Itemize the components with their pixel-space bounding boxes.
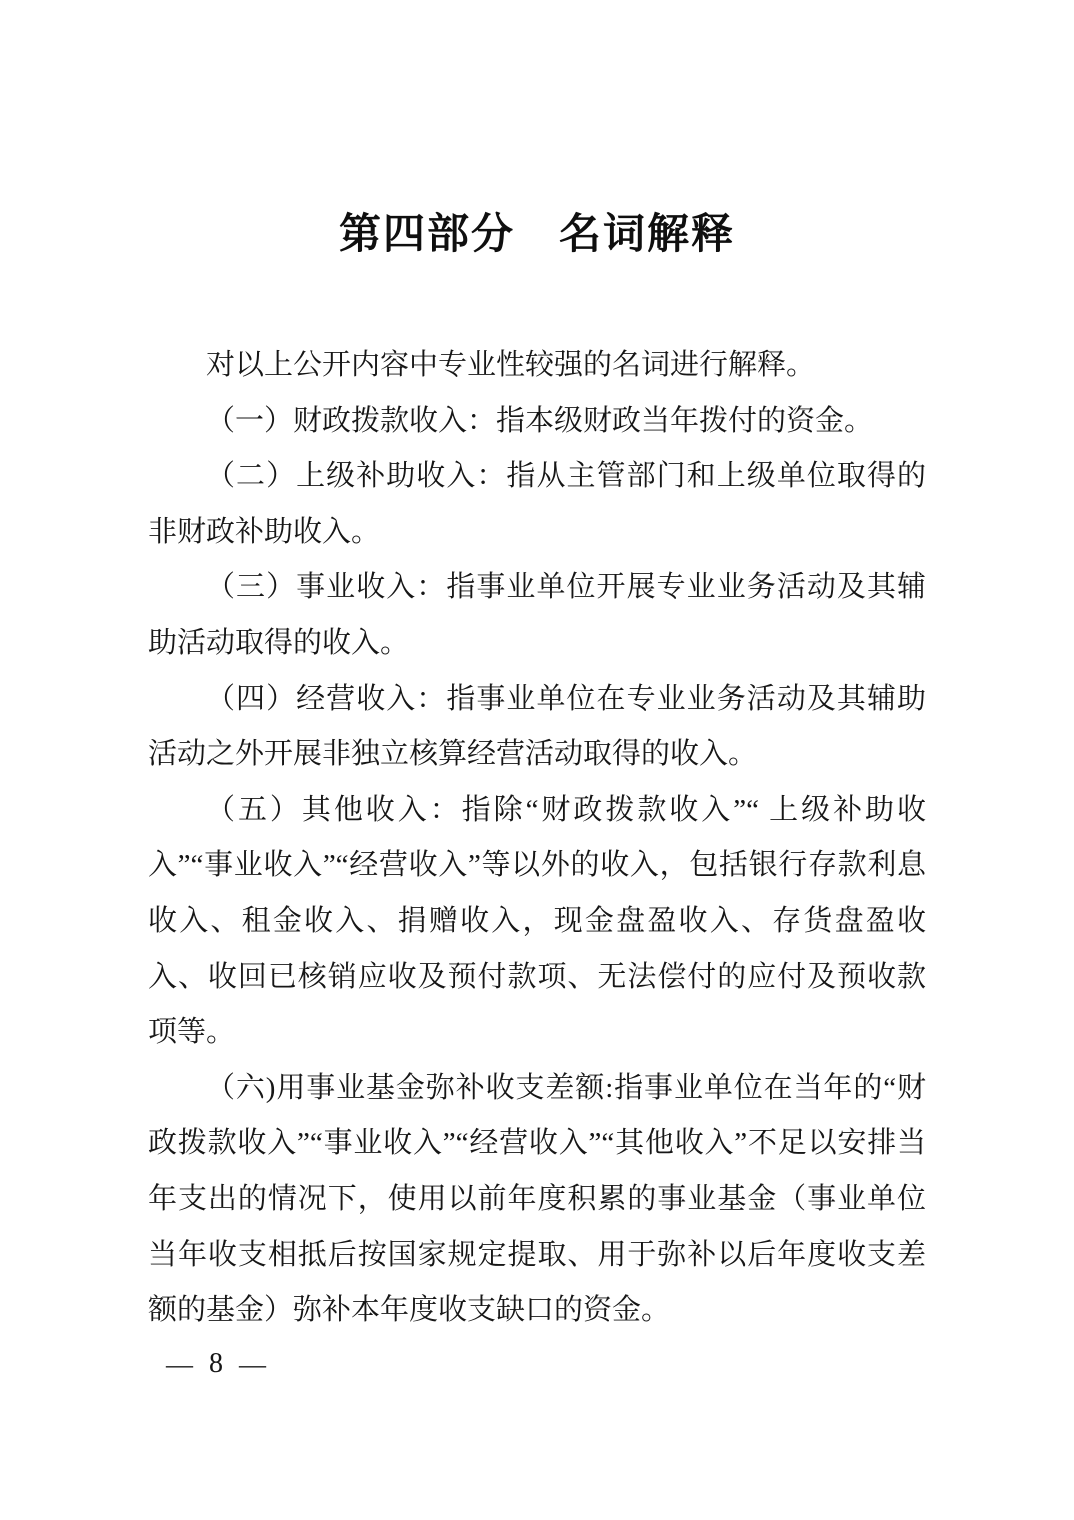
footer-left-dash: — xyxy=(166,1349,193,1380)
intro-paragraph: 对以上公开内容中专业性较强的名词进行解释。 xyxy=(148,338,926,394)
term-paragraph-3: （三）事业收入：指事业单位开展专业业务活动及其辅助活动取得的收入。 xyxy=(148,560,926,671)
document-page: 第四部分 名词解释 对以上公开内容中专业性较强的名词进行解释。 （一）财政拨款收… xyxy=(0,0,1074,1520)
page-footer: — 8 — xyxy=(166,1348,266,1380)
term-paragraph-4: （四）经营收入：指事业单位在专业业务活动及其辅助活动之外开展非独立核算经营活动取… xyxy=(148,672,926,783)
footer-right-dash: — xyxy=(239,1349,266,1380)
term-paragraph-5: （五）其他收入：指除“财政拨款收入”“ 上级补助收入”“事业收入”“经营收入”等… xyxy=(148,783,926,1061)
document-body: 对以上公开内容中专业性较强的名词进行解释。 （一）财政拨款收入：指本级财政当年拨… xyxy=(148,338,926,1339)
page-title: 第四部分 名词解释 xyxy=(0,0,1074,258)
term-paragraph-1: （一）财政拨款收入：指本级财政当年拨付的资金。 xyxy=(148,394,926,450)
term-paragraph-2: （二）上级补助收入：指从主管部门和上级单位取得的非财政补助收入。 xyxy=(148,449,926,560)
term-paragraph-6: （六)用事业基金弥补收支差额:指事业单位在当年的“财政拨款收入”“事业收入”“经… xyxy=(148,1061,926,1339)
page-number: 8 xyxy=(209,1348,223,1380)
